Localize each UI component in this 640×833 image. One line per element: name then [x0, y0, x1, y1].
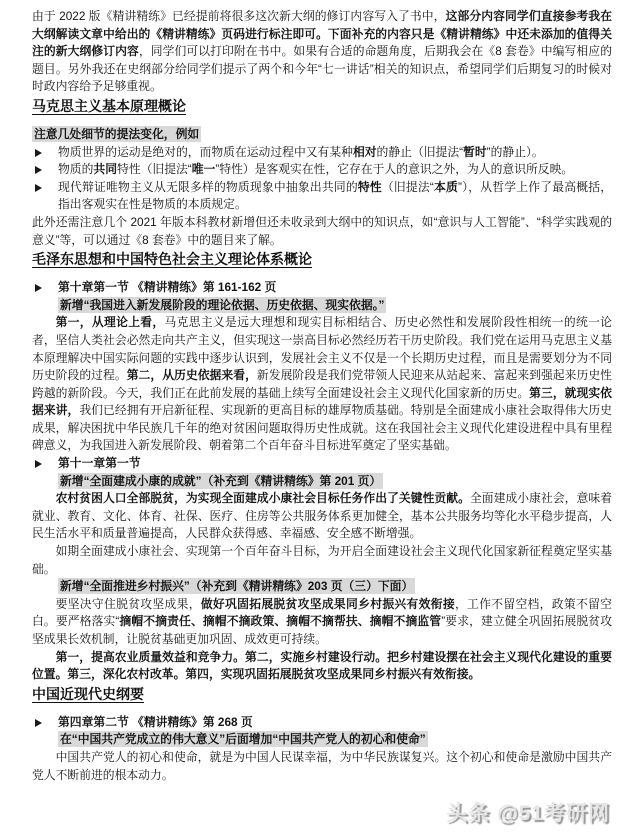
chapter-header: 第十章第一节 《精讲精练》第 161-162 页	[58, 279, 612, 297]
highlight-note: 新增“全面建成小康的成就”（补充到《精讲精练》第 201 页）	[58, 473, 383, 489]
arrow-bullet-icon	[32, 279, 58, 292]
arrow-bullet-icon	[32, 179, 58, 192]
highlight-note: 新增“我国进入新发展阶段的理论依据、历史依据、现实依据。”	[58, 297, 386, 313]
bullet-item: 物质的共同特性（旧提法“唯一”特性）是客观实在性，它存在于人的意识之外，为人的意…	[32, 161, 612, 179]
chapter10-addition-line: 新增“我国进入新发展阶段的理论依据、历史依据、现实依据。”	[58, 297, 612, 315]
bullet-text: 物质世界的运动是绝对的，而物质在运动过程中又有某种相对的静止（旧提法“暂时”的静…	[58, 144, 612, 162]
chapter10-header-row: 第十章第一节 《精讲精练》第 161-162 页	[32, 279, 612, 297]
watermark-51kaoyan: 头条 @51考研网	[446, 797, 610, 827]
chapter10-paragraph: 第一，从理论上看，马克思主义是远大理想和现实目标相结合、历史必然性和发展阶段性相…	[32, 314, 612, 455]
section-title-marx: 马克思主义基本原理概论	[32, 96, 612, 116]
chapter11-paragraph-1: 农村贫困人口全部脱贫，为实现全面建成小康社会目标任务作出了关键性贡献。全面建成小…	[32, 490, 612, 543]
chapter4-addition-line: 在“中国共产党成立的伟大意义”后面增加“中国共产党人的初心和使命”	[58, 731, 612, 749]
chapter-header: 第十一章第一节	[58, 455, 612, 473]
chapter11-addition1-line: 新增“全面建成小康的成就”（补充到《精讲精练》第 201 页）	[58, 473, 612, 491]
arrow-bullet-icon	[32, 455, 58, 468]
highlight-note: 注意几处细节的提法变化，例如	[32, 126, 201, 142]
arrow-bullet-icon	[32, 714, 58, 727]
bullet-text: 物质的共同特性（旧提法“唯一”特性）是客观实在性，它存在于人的意识之外，为人的意…	[58, 161, 612, 179]
highlight-note: 新增“全面推进乡村振兴”（补充到《精讲精练》203 页（三）下面）	[58, 578, 415, 594]
arrow-bullet-icon	[32, 144, 58, 157]
bullet-item: 物质世界的运动是绝对的，而物质在运动过程中又有某种相对的静止（旧提法“暂时”的静…	[32, 144, 612, 162]
marx-bullet-list: 物质世界的运动是绝对的，而物质在运动过程中又有某种相对的静止（旧提法“暂时”的静…	[32, 144, 612, 214]
chapter4-paragraph: 中国共产党人的初心和使命，就是为中国人民谋幸福，为中华民族谋复兴。这个初心和使命…	[32, 749, 612, 784]
marx-note-line: 注意几处细节的提法变化，例如	[32, 126, 612, 144]
bullet-text: 现代辩证唯物主义从无限多样的物质现象中抽象出共同的特性（旧提法“本质”），从哲学…	[58, 179, 612, 214]
chapter4-header-row: 第四章第二节 《精讲精练》第 268 页	[32, 714, 612, 732]
highlight-note: 在“中国共产党成立的伟大意义”后面增加“中国共产党人的初心和使命”	[58, 731, 428, 747]
section-title-history: 中国近现代史纲要	[32, 684, 612, 704]
chapter11-header-row: 第十一章第一节	[32, 455, 612, 473]
section-title-mao: 毛泽东思想和中国特色社会主义理论体系概论	[32, 249, 612, 269]
marx-outro-paragraph: 此外还需注意几个 2021 年版本科教材新增但还未收录到大纲中的知识点，如“意识…	[32, 214, 612, 249]
bullet-item: 现代辩证唯物主义从无限多样的物质现象中抽象出共同的特性（旧提法“本质”），从哲学…	[32, 179, 612, 214]
chapter11-paragraph-3: 要坚决守住脱贫攻坚成果，做好巩固拓展脱贫攻坚成果同乡村振兴有效衔接，工作不留空档…	[32, 596, 612, 649]
chapter-header: 第四章第二节 《精讲精练》第 268 页	[58, 714, 612, 732]
intro-paragraph: 由于 2022 版《精讲精练》已经提前将很多这次新大纲的修订内容写入了书中，这部…	[32, 8, 612, 96]
chapter11-addition2-line: 新增“全面推进乡村振兴”（补充到《精讲精练》203 页（三）下面）	[58, 578, 612, 596]
document-page: 由于 2022 版《精讲精练》已经提前将很多这次新大纲的修订内容写入了书中，这部…	[0, 0, 640, 833]
chapter11-paragraph-4: 第一，提高农业质量效益和竞争力。第二，实施乡村建设行动。把乡村建设摆在社会主义现…	[32, 649, 612, 684]
chapter11-paragraph-2: 如期全面建成小康社会、实现第一个百年奋斗目标，为开启全面建设社会主义现代化国家新…	[32, 543, 612, 578]
arrow-bullet-icon	[32, 161, 58, 174]
